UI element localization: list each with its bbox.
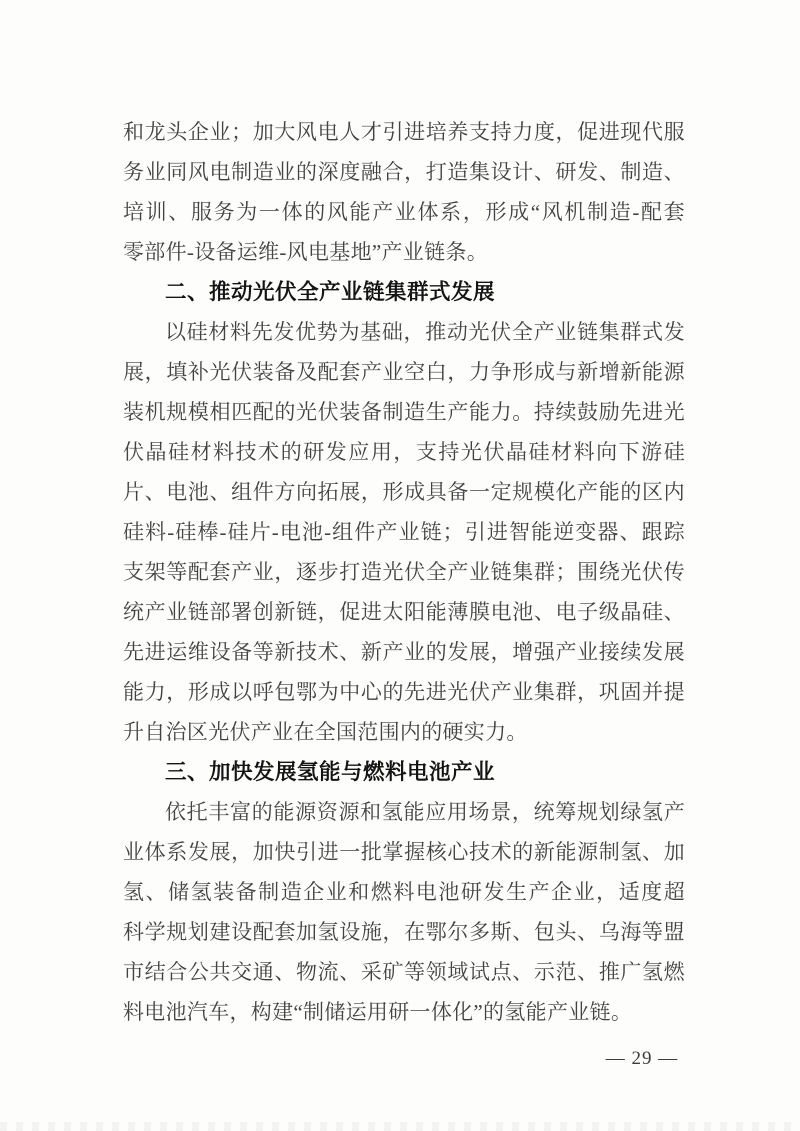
text-line: 硅料-硅棒-硅片-电池-组件产业链；引进智能逆变器、跟踪 [123, 512, 685, 552]
text-line: 先进运维设备等新技术、新产业的发展，增强产业接续发展 [123, 632, 685, 672]
text-line: 料电池汽车，构建“制储运用研一体化”的氢能产业链。 [123, 992, 685, 1032]
text-line: 市结合公共交通、物流、采矿等领域试点、示范、推广氢燃 [123, 952, 685, 992]
text-line: 伏晶硅材料技术的研发应用，支持光伏晶硅材料向下游硅 [123, 432, 685, 472]
text-line: 科学规划建设配套加氢设施，在鄂尔多斯、包头、乌海等盟 [123, 912, 685, 952]
text-line: 和龙头企业；加大风电人才引进培养支持力度，促进现代服 [123, 112, 685, 152]
text-line: 务业同风电制造业的深度融合，打造集设计、研发、制造、 [123, 152, 685, 192]
text-line: 能力，形成以呼包鄂为中心的先进光伏产业集群，巩固并提 [123, 672, 685, 712]
text-line: 升自治区光伏产业在全国范围内的硬实力。 [123, 712, 685, 752]
section-heading: 二、推动光伏全产业链集群式发展 [123, 272, 685, 312]
text-line: 依托丰富的能源资源和氢能应用场景，统筹规划绿氢产 [123, 792, 685, 832]
text-line: 支架等配套产业，逐步打造光伏全产业链集群；围绕光伏传 [123, 552, 685, 592]
document-page: 和龙头企业；加大风电人才引进培养支持力度，促进现代服务业同风电制造业的深度融合，… [0, 0, 800, 1131]
text-line: 氢、储氢装备制造企业和燃料电池研发生产企业，适度超前、 [123, 872, 685, 912]
text-line: 装机规模相匹配的光伏装备制造生产能力。持续鼓励先进光 [123, 392, 685, 432]
section-heading: 三、加快发展氢能与燃料电池产业 [123, 752, 685, 792]
text-line: 零部件-设备运维-风电基地”产业链条。 [123, 232, 685, 272]
text-line: 片、电池、组件方向拓展，形成具备一定规模化产能的区内 [123, 472, 685, 512]
text-line: 业体系发展，加快引进一批掌握核心技术的新能源制氢、加 [123, 832, 685, 872]
text-line: 统产业链部署创新链，促进太阳能薄膜电池、电子级晶硅、 [123, 592, 685, 632]
text-line: 培训、服务为一体的风能产业体系，形成“风机制造-配套 [123, 192, 685, 232]
text-line: 以硅材料先发优势为基础，推动光伏全产业链集群式发 [123, 312, 685, 352]
page-number: — 29 — [572, 1046, 712, 1072]
text-line: 展，填补光伏装备及配套产业空白，力争形成与新增新能源 [123, 352, 685, 392]
document-content: 和龙头企业；加大风电人才引进培养支持力度，促进现代服务业同风电制造业的深度融合，… [123, 112, 685, 1032]
scan-noise-artifact [0, 1122, 800, 1131]
